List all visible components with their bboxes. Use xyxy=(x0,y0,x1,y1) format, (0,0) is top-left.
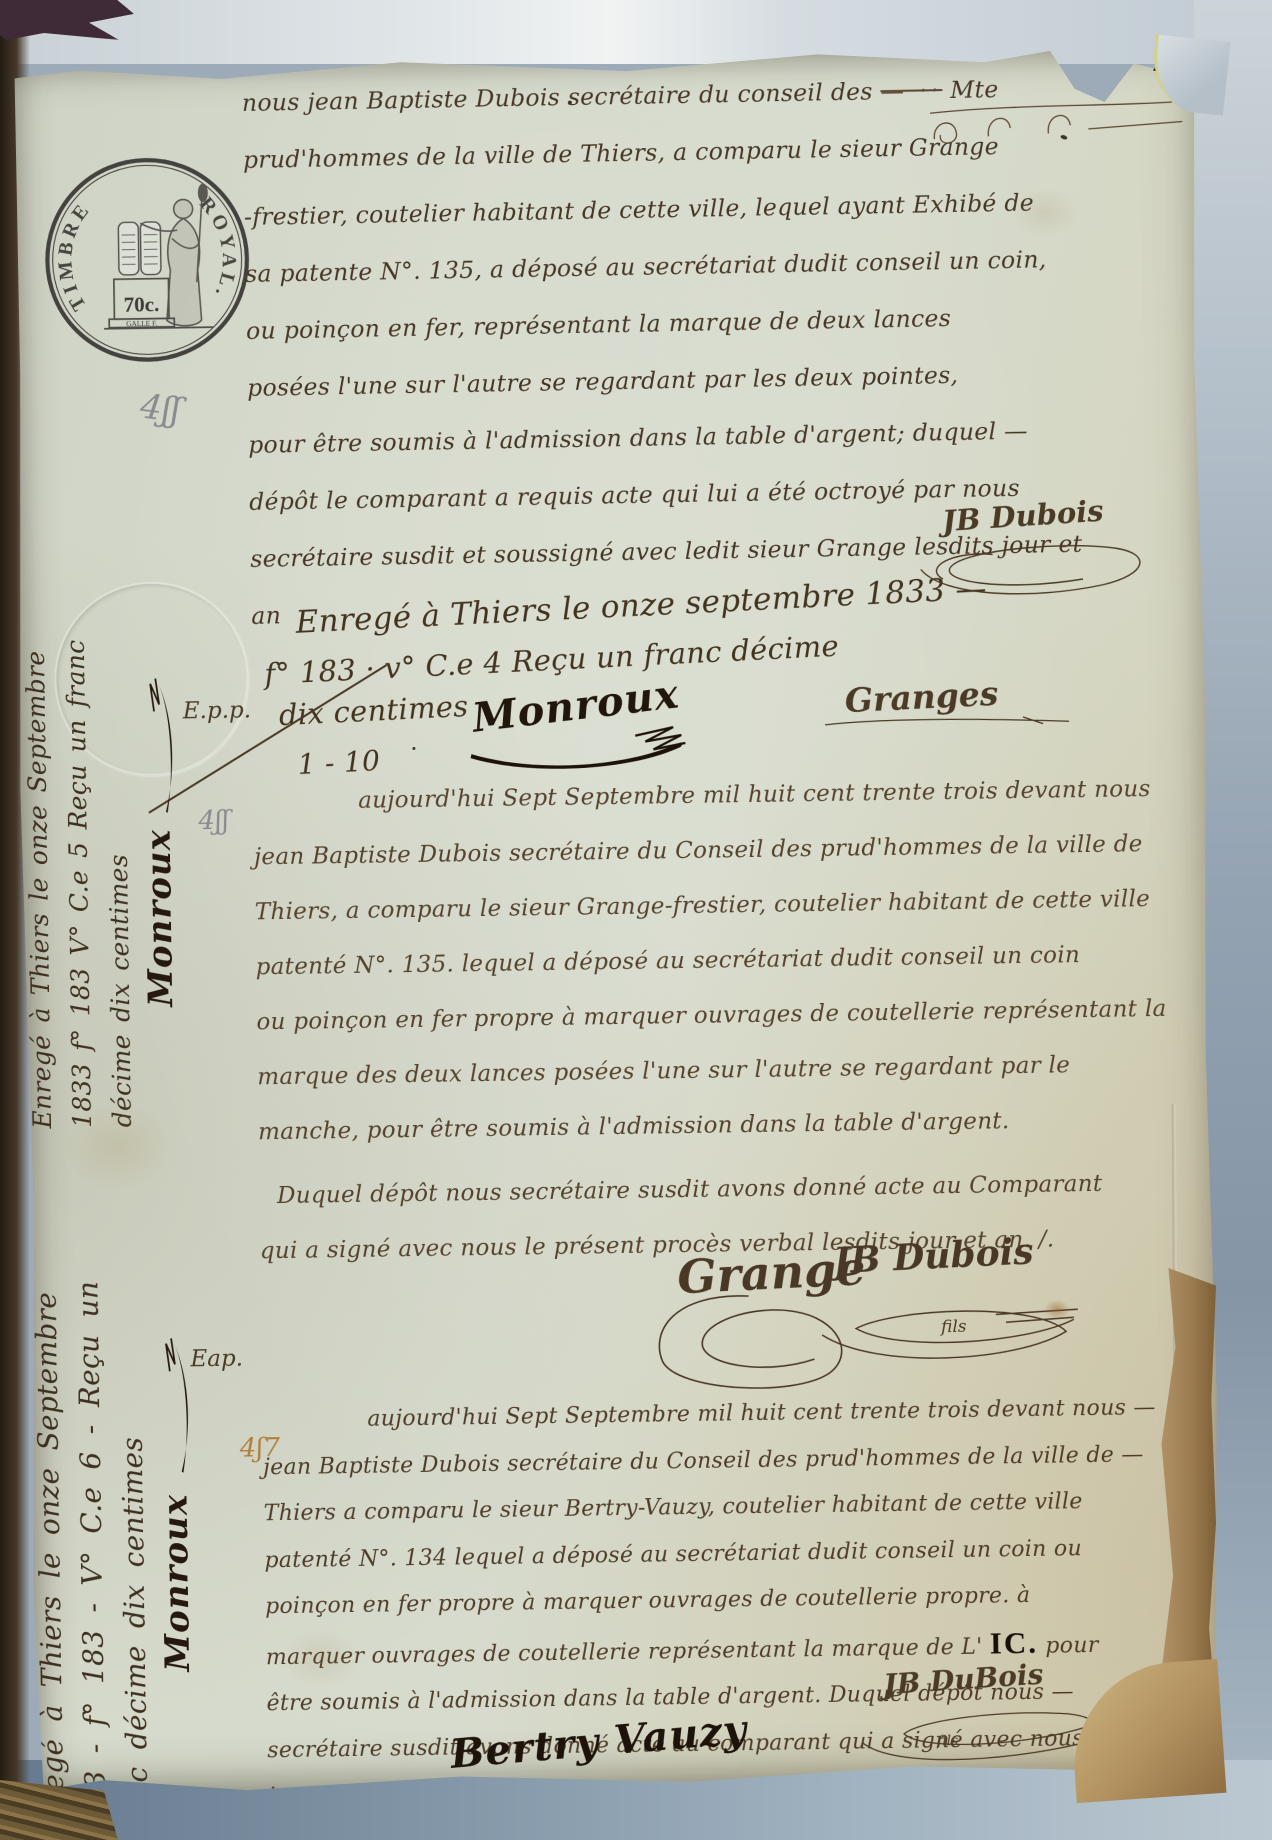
signature-flourish xyxy=(644,1289,856,1402)
line-text: pour xyxy=(1045,1632,1099,1658)
registration-line: dix centimes xyxy=(278,689,469,732)
line-text: nous jean Baptiste Dubois secrétaire du … xyxy=(242,77,873,117)
signature-suffix: fils xyxy=(941,1317,967,1337)
margin-registration-note: Enregé à Thiers le onze Septembre 1833 -… xyxy=(24,1161,234,1840)
signature-monroux: Monroux xyxy=(155,1494,198,1672)
margin-note-line: 1833 f° 183 V° C.e 5 Reçu un franc xyxy=(55,620,103,1129)
manuscript-line: manche, pour être soumis à l'admission d… xyxy=(258,1093,1099,1160)
act2-text: aujourd'hui Sept Septembre mil huit cent… xyxy=(253,763,1100,1279)
rust-spot xyxy=(1044,1299,1070,1319)
crossed-out-text: — ·· xyxy=(880,76,942,105)
signature-grange: Granges xyxy=(844,674,999,721)
signature-suffix: fils xyxy=(937,1733,958,1749)
act1-text: nous jean Baptiste Dubois secrétaire du … xyxy=(241,60,1091,645)
signature-monroux: Monroux xyxy=(139,829,182,1007)
margin-registration-note: Enregé à Thiers le onze Septembre 1833 f… xyxy=(15,618,208,1129)
archival-photo: { "page": { "number": "2.", "stamp": {"l… xyxy=(0,0,1272,1840)
ink-speck xyxy=(568,101,572,105)
stamp-value: 70c. xyxy=(124,292,160,317)
line-text: marquer ouvrages de coutellerie représen… xyxy=(266,1634,983,1670)
line-text: Mte xyxy=(950,75,999,104)
stamp-engraver: GALLE F. xyxy=(126,319,157,328)
ink-speck xyxy=(412,747,415,750)
signature-jb-dubois: JB Dubois xyxy=(832,1230,1034,1282)
manuscript-page: 2. TIMBRE ROYAL. xyxy=(7,45,1225,1796)
signature-flourish xyxy=(148,667,176,817)
signature-flourish xyxy=(163,1327,191,1477)
pencil-mark: 4ʃʃ xyxy=(138,386,183,431)
timbre-royal-stamp: TIMBRE ROYAL. xyxy=(41,153,254,366)
photo-background-top xyxy=(0,0,1272,64)
signature-monroux: Monroux xyxy=(470,670,682,741)
cutler-mark-ic: IC. xyxy=(990,1624,1039,1660)
